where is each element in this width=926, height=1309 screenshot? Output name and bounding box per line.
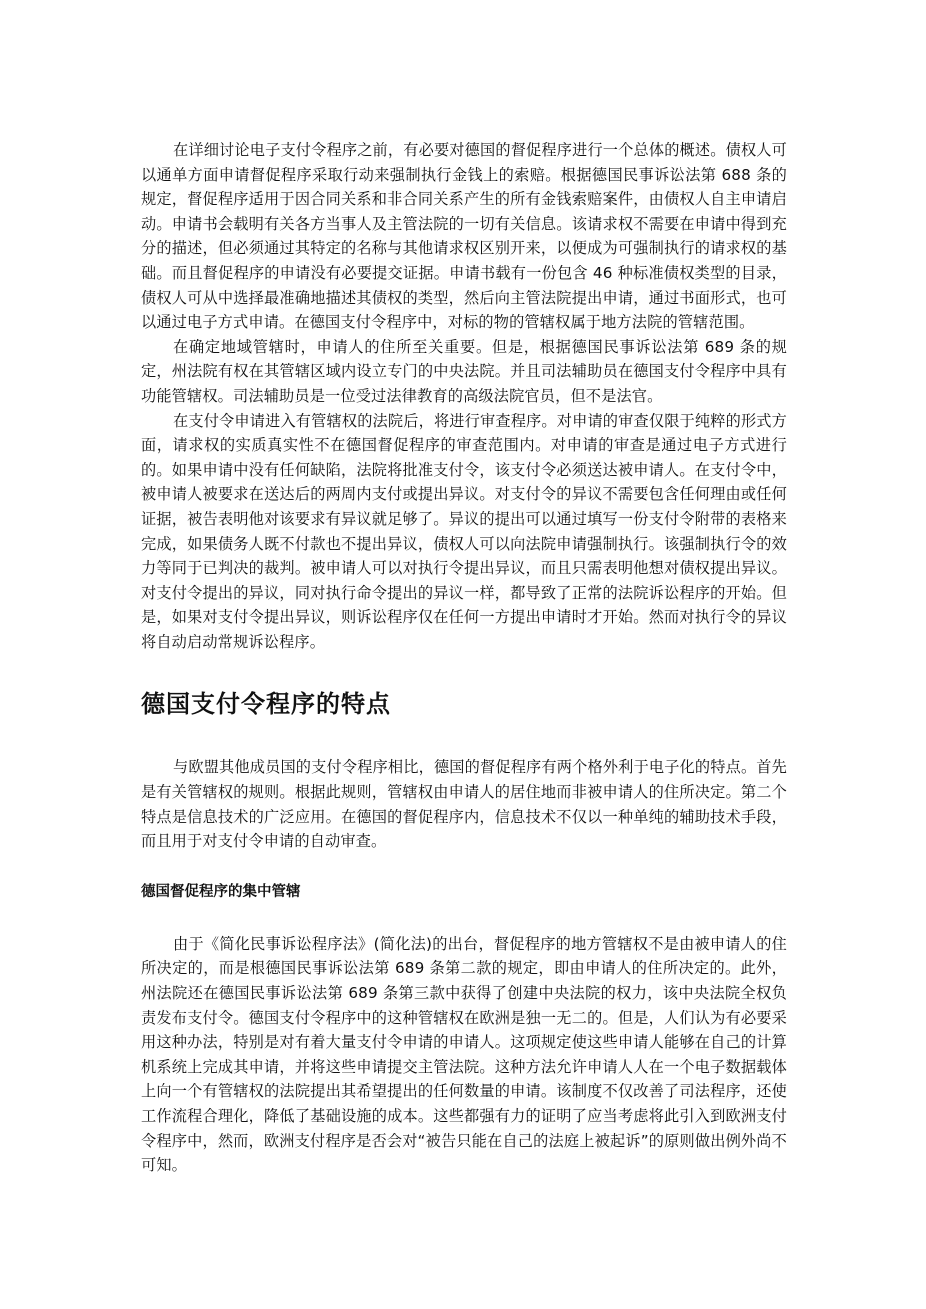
spacer xyxy=(141,719,787,755)
paragraph-centralized-jurisdiction: 由于《简化民事诉讼程序法》(简化法)的出台，督促程序的地方管辖权不是由被申请人的… xyxy=(141,932,787,1178)
spacer xyxy=(141,854,787,882)
spacer xyxy=(141,902,787,932)
paragraph-intro-overview: 在详细讨论电子支付令程序之前，有必要对德国的督促程序进行一个总体的概述。债权人可… xyxy=(141,138,787,335)
section-heading: 德国支付令程序的特点 xyxy=(141,689,787,719)
paragraph-examination-procedure: 在支付令申请进入有管辖权的法院后，将进行审查程序。对申请的审查仅限于纯粹的形式方… xyxy=(141,409,787,655)
spacer xyxy=(141,654,787,689)
paragraph-territorial-jurisdiction: 在确定地域管辖时，申请人的住所至关重要。但是，根据德国民事诉讼法第 689 条的… xyxy=(141,335,787,409)
paragraph-characteristics: 与欧盟其他成员国的支付令程序相比，德国的督促程序有两个格外利于电子化的特点。首先… xyxy=(141,755,787,853)
document-page: 在详细讨论电子支付令程序之前，有必要对德国的督促程序进行一个总体的概述。债权人可… xyxy=(141,138,787,1178)
subsection-heading: 德国督促程序的集中管辖 xyxy=(141,882,787,902)
